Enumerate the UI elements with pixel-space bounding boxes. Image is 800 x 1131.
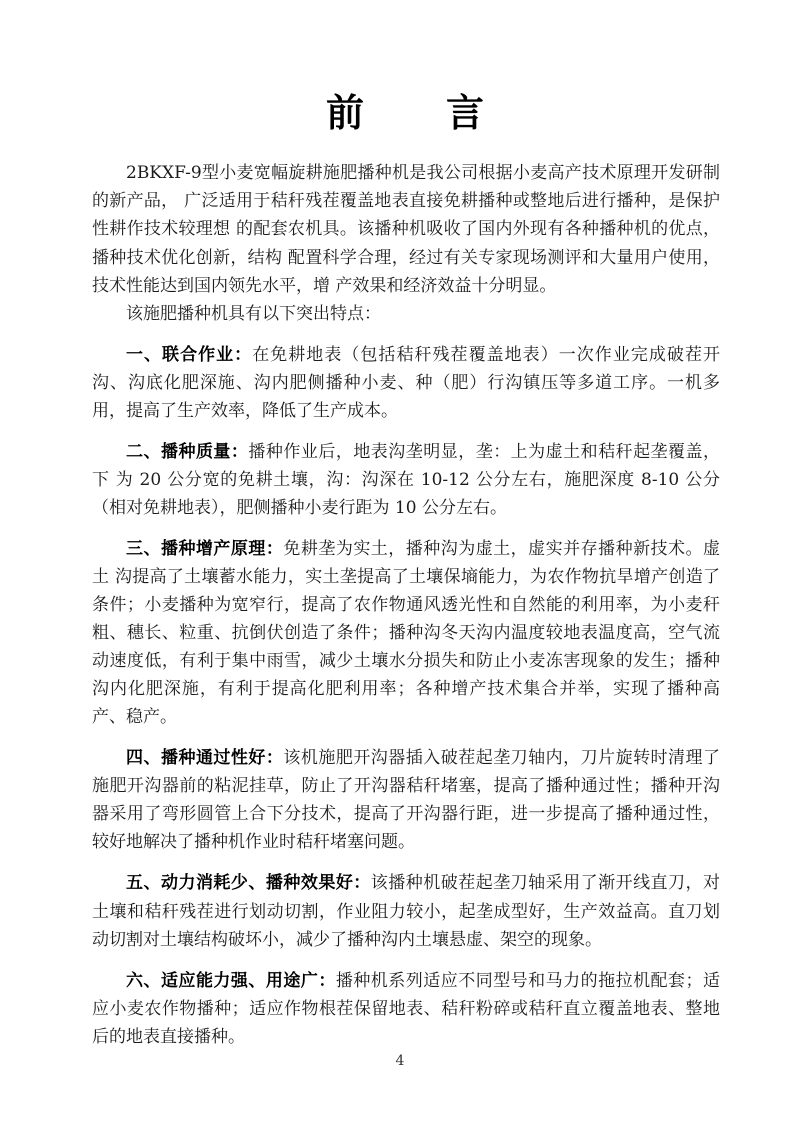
feature-section-1: 一、联合作业：在免耕地表（包括秸秆残茬覆盖地表）一次作业完成破茬开沟、沟底化肥深… xyxy=(92,341,720,425)
feature-heading: 二、播种质量： xyxy=(126,442,248,462)
document-page: 前 言 2BKXF-9型小麦宽幅旋耕施肥播种机是我公司根据小麦高产技术原理开发研… xyxy=(0,0,800,1131)
feature-body: 免耕垄为实土，播种沟为虚土，虚实并存播种新技术。虚土 沟提高了土壤蓄水能力，实土… xyxy=(92,539,720,727)
feature-section-5: 五、动力消耗少、播种效果好：该播种机破茬起垄刀轴采用了渐开线直刀，对土壤和秸秆残… xyxy=(92,869,720,953)
feature-heading: 六、适应能力强、用途广： xyxy=(126,971,336,991)
document-title: 前 言 xyxy=(92,88,720,137)
feature-heading: 三、播种增产原理： xyxy=(126,539,283,559)
feature-section-4: 四、播种通过性好：该机施肥开沟器插入破茬起垄刀轴内，刀片旋转时清理了施肥开沟器前… xyxy=(92,744,720,856)
page-number: 4 xyxy=(0,1050,800,1073)
feature-section-2: 二、播种质量：播种作业后，地表沟垄明显，垄：上为虚土和秸秆起垄覆盖，下 为 20… xyxy=(92,438,720,522)
intro-paragraph: 2BKXF-9型小麦宽幅旋耕施肥播种机是我公司根据小麦高产技术原理开发研制的新产… xyxy=(92,159,720,299)
feature-section-6: 六、适应能力强、用途广：播种机系列适应不同型号和马力的拖拉机配套；适应小麦农作物… xyxy=(92,967,720,1051)
feature-heading: 一、联合作业： xyxy=(126,345,252,365)
feature-section-3: 三、播种增产原理：免耕垄为实土，播种沟为虚土，虚实并存播种新技术。虚土 沟提高了… xyxy=(92,535,720,731)
feature-heading: 四、播种通过性好： xyxy=(126,748,283,768)
features-intro: 该施肥播种机具有以下突出特点： xyxy=(92,300,720,328)
feature-heading: 五、动力消耗少、播种效果好： xyxy=(126,873,371,893)
